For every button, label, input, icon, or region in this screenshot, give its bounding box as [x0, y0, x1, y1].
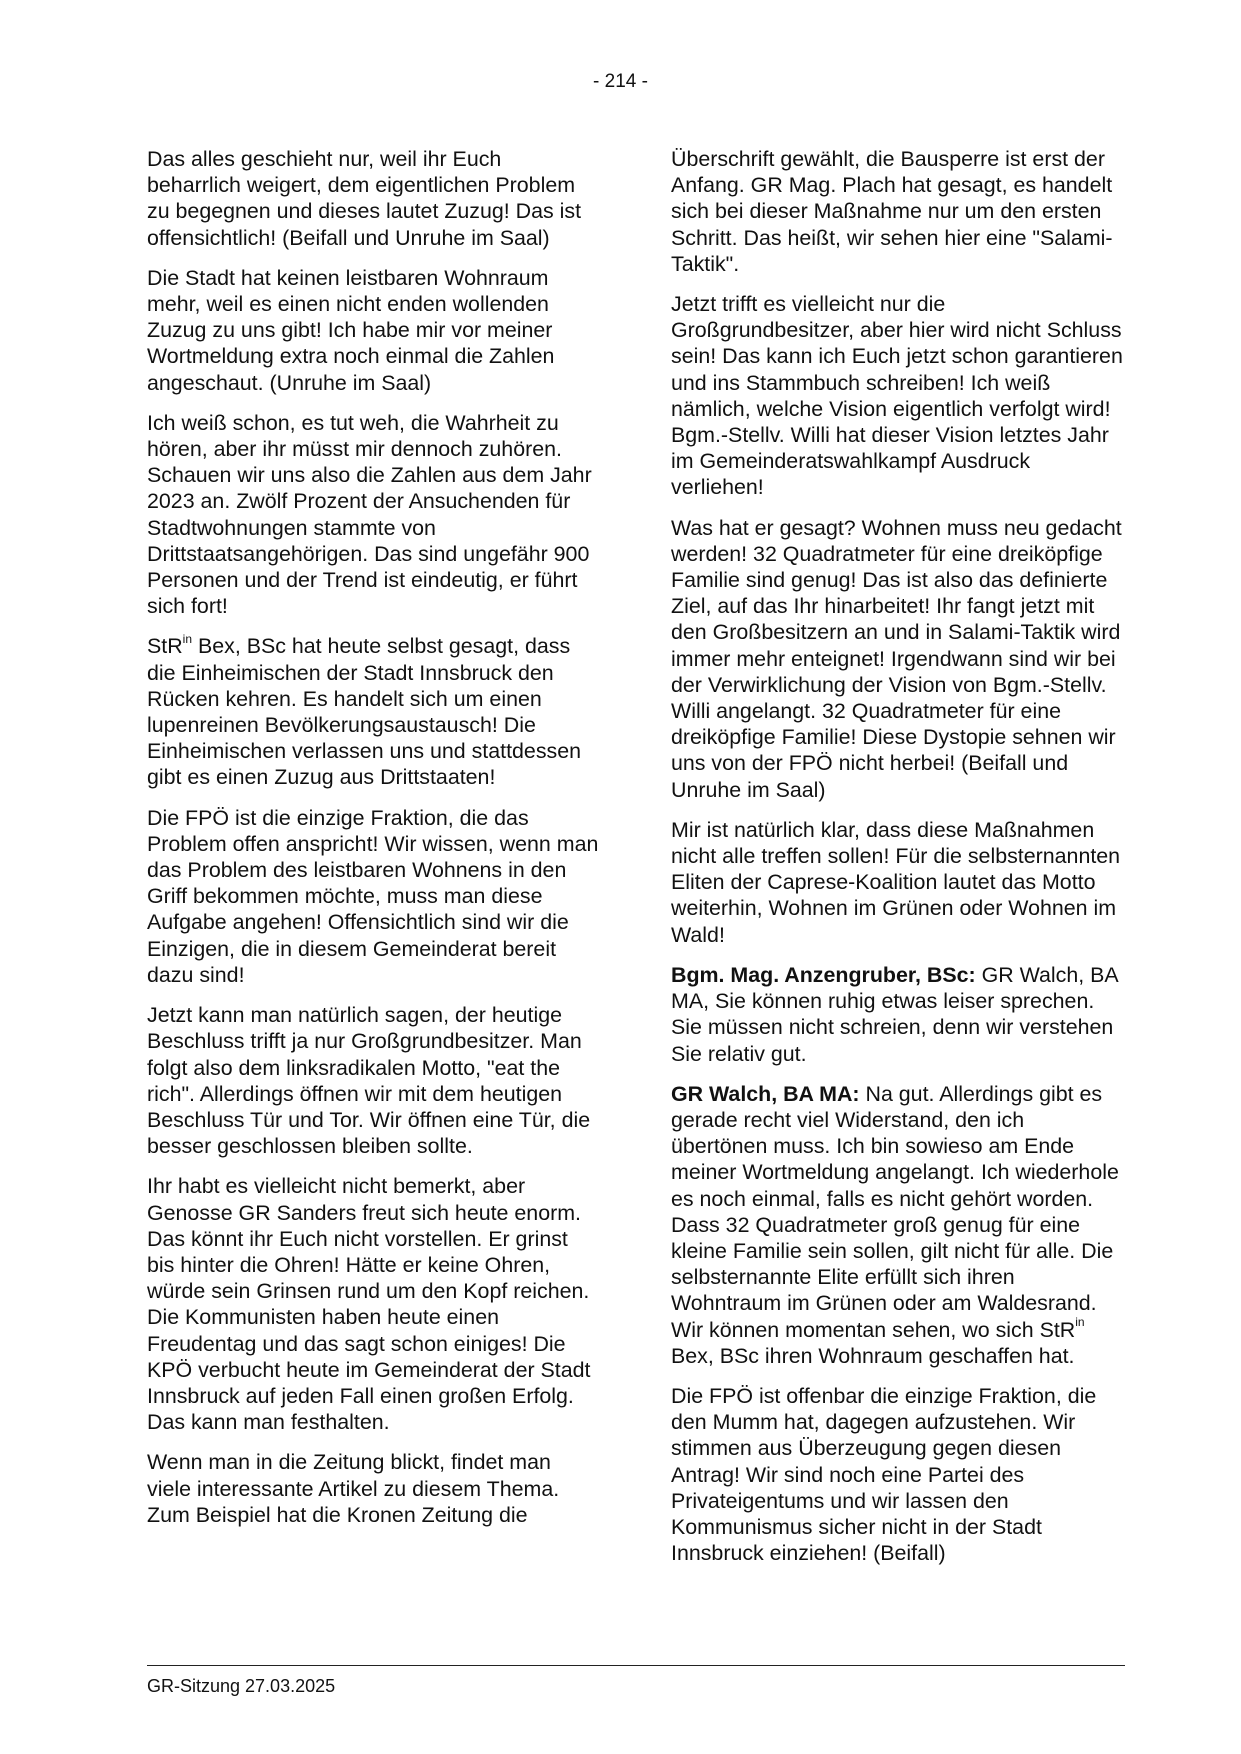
- speaker-name: GR Walch, BA MA:: [671, 1082, 860, 1106]
- paragraph: Überschrift gewählt, die Bausperre ist e…: [671, 146, 1123, 277]
- left-column: Das alles geschieht nur, weil ihr Euch b…: [147, 146, 599, 1542]
- footer-text: GR-Sitzung 27.03.2025: [147, 1676, 335, 1697]
- right-column: Überschrift gewählt, die Bausperre ist e…: [671, 146, 1123, 1580]
- paragraph: Jetzt trifft es vielleicht nur die Großg…: [671, 291, 1123, 501]
- paragraph-text: Bex, BSc ihren Wohnraum geschaffen hat.: [671, 1344, 1075, 1368]
- paragraph: Mir ist natürlich klar, dass diese Maßna…: [671, 817, 1123, 948]
- paragraph: Ihr habt es vielleicht nicht bemerkt, ab…: [147, 1173, 599, 1435]
- paragraph: Die FPÖ ist offenbar die einzige Fraktio…: [671, 1383, 1123, 1566]
- paragraph-text: Bex, BSc hat heute selbst gesagt, dass d…: [147, 634, 581, 789]
- paragraph: Die FPÖ ist die einzige Fraktion, die da…: [147, 805, 599, 988]
- page-number: - 214 -: [0, 71, 1241, 93]
- paragraph: GR Walch, BA MA: Na gut. Allerdings gibt…: [671, 1081, 1123, 1369]
- paragraph: Die Stadt hat keinen leistbaren Wohnraum…: [147, 265, 599, 396]
- superscript: in: [183, 632, 192, 646]
- superscript: in: [1075, 1315, 1084, 1329]
- paragraph: Jetzt kann man natürlich sagen, der heut…: [147, 1002, 599, 1159]
- paragraph: Ich weiß schon, es tut weh, die Wahrheit…: [147, 410, 599, 620]
- paragraph: Das alles geschieht nur, weil ihr Euch b…: [147, 146, 599, 251]
- speaker-name: Bgm. Mag. Anzengruber, BSc:: [671, 963, 976, 987]
- paragraph: Bgm. Mag. Anzengruber, BSc: GR Walch, BA…: [671, 962, 1123, 1067]
- speaker-title: StR: [147, 634, 183, 658]
- paragraph: StRin Bex, BSc hat heute selbst gesagt, …: [147, 633, 599, 790]
- paragraph: Wenn man in die Zeitung blickt, findet m…: [147, 1449, 599, 1528]
- paragraph: Was hat er gesagt? Wohnen muss neu gedac…: [671, 515, 1123, 803]
- paragraph-text: Na gut. Allerdings gibt es gerade recht …: [671, 1082, 1119, 1342]
- footer-divider: [147, 1665, 1125, 1666]
